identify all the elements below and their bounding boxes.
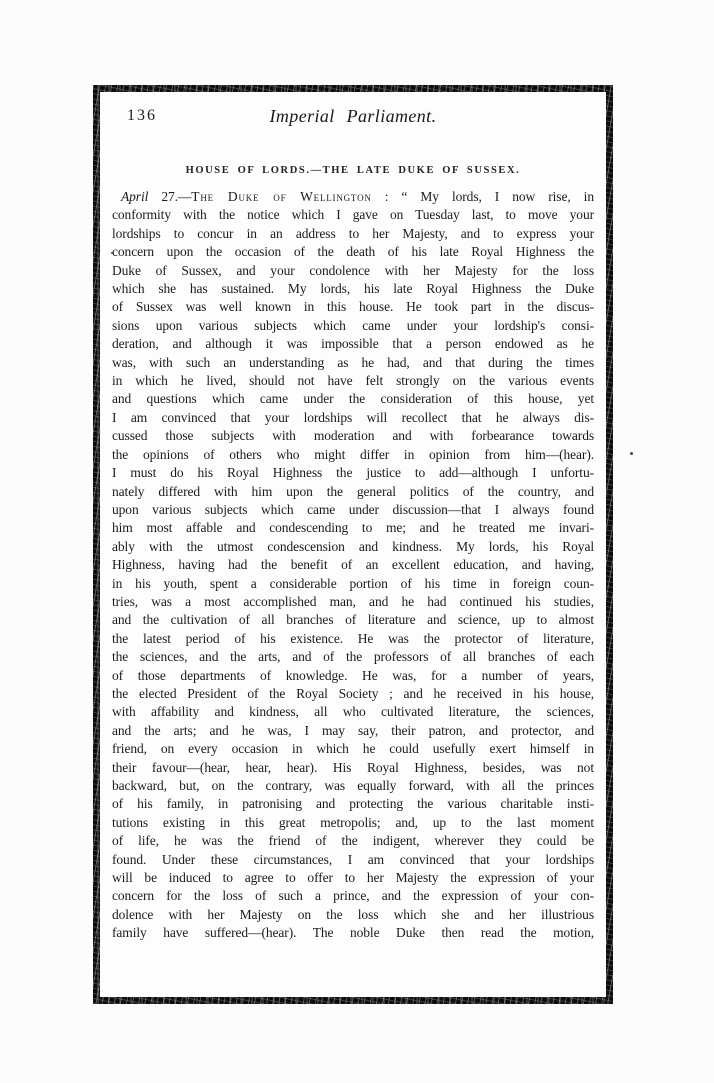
- text-line: concern upon the occasion of the death o…: [112, 243, 594, 261]
- text-line: deration, and although it was impossible…: [112, 335, 594, 353]
- text-line: the latest period of his existence. He w…: [112, 630, 594, 648]
- text-line: I must do his Royal Highness the justice…: [112, 464, 594, 482]
- page-header: 136 Imperial Parliament.: [111, 106, 595, 128]
- text-line: the elected President of the Royal Socie…: [112, 685, 594, 703]
- text-line: Highness, having had the benefit of an e…: [112, 556, 594, 574]
- text-line: family have suffered—(hear). The noble D…: [112, 924, 594, 942]
- running-title: Imperial Parliament.: [111, 106, 595, 127]
- text-line: of life, he was the friend of the indige…: [112, 832, 594, 850]
- speech-date-rest: 27.—: [148, 189, 191, 204]
- text-line: of his family, in patronising and protec…: [112, 795, 594, 813]
- text-line: Duke of Sussex, and your condolence with…: [112, 262, 594, 280]
- text-line: of those departments of knowledge. He wa…: [112, 667, 594, 685]
- text-line: friend, on every occasion in which he co…: [112, 740, 594, 758]
- text-line: will be induced to agree to offer to her…: [112, 869, 594, 887]
- text-line: backward, but, on the contrary, was equa…: [112, 777, 594, 795]
- text-line: cussed those subjects with moderation an…: [112, 427, 594, 445]
- text-line: nately differed with him upon the genera…: [112, 483, 594, 501]
- text-line: in which he lived, should not have felt …: [112, 372, 594, 390]
- text-line: I am convinced that your lordships will …: [112, 409, 594, 427]
- text-line: which she has sustained. My lords, his l…: [112, 280, 594, 298]
- text-line: tutions existing in this great metropoli…: [112, 814, 594, 832]
- text-line: and the arts; and he was, I may say, the…: [112, 722, 594, 740]
- text-line: conformity with the notice which I gave …: [112, 206, 594, 224]
- text-line: in his youth, spent a considerable porti…: [112, 575, 594, 593]
- text-line: with affability and kindness, all who cu…: [112, 703, 594, 721]
- speech-date-italic: April: [121, 189, 148, 204]
- text-line: and the cultivation of all branches of l…: [112, 611, 594, 629]
- text-line: the opinions of others who might differ …: [112, 446, 594, 464]
- text-line: lordships to concur in an address to her…: [112, 225, 594, 243]
- text-line: sions upon various subjects which came u…: [112, 317, 594, 335]
- speaker-name: The Duke of Wellington: [191, 189, 371, 204]
- text-line: found. Under these circumstances, I am c…: [112, 851, 594, 869]
- text-line: dolence with her Majesty on the loss whi…: [112, 906, 594, 924]
- page-border: 136 Imperial Parliament. HOUSE OF LORDS.…: [93, 85, 613, 1004]
- speech-opening-rest: : “ My lords, I now rise, in: [372, 189, 594, 204]
- text-line: their favour—(hear, hear, hear). His Roy…: [112, 759, 594, 777]
- text-line: concern for the loss of such a prince, a…: [112, 887, 594, 905]
- text-line: him most affable and condescending to me…: [112, 519, 594, 537]
- section-heading: HOUSE OF LORDS.—THE LATE DUKE OF SUSSEX.: [111, 164, 595, 177]
- text-line: and questions which came under the consi…: [112, 390, 594, 408]
- scanned-page: 136 Imperial Parliament. HOUSE OF LORDS.…: [100, 92, 606, 997]
- text-line-opening: April 27.—The Duke of Wellington : “ My …: [112, 188, 594, 206]
- scan-speck: [630, 452, 633, 455]
- page-number: 136: [127, 107, 157, 125]
- text-line: ably with the utmost condescension and k…: [112, 538, 594, 556]
- scan-speck: [111, 252, 113, 254]
- text-line: the sciences, and the arts, and of the p…: [112, 648, 594, 666]
- text-line: tries, was a most accomplished man, and …: [112, 593, 594, 611]
- speech-paragraph: April 27.—The Duke of Wellington : “ My …: [111, 188, 595, 943]
- text-line: upon various subjects which came under d…: [112, 501, 594, 519]
- text-line: of Sussex was well known in this house. …: [112, 298, 594, 316]
- text-line: was, with such an understanding as he ha…: [112, 354, 594, 372]
